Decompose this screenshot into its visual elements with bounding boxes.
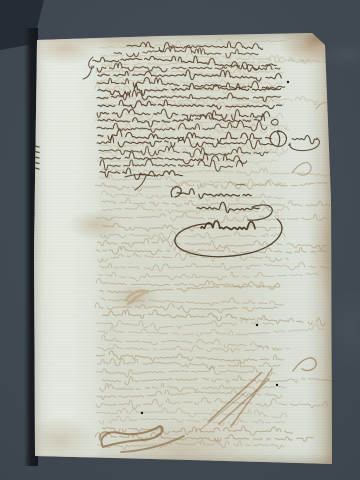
manuscript-page bbox=[34, 33, 332, 465]
signature-block bbox=[171, 184, 282, 256]
photo-stage bbox=[0, 0, 360, 480]
marginal-rubric bbox=[270, 119, 321, 150]
handwriting-ink-layer bbox=[0, 0, 360, 480]
verso-bleedthrough-text bbox=[95, 39, 334, 449]
binding-stitch-marks bbox=[35, 146, 39, 169]
